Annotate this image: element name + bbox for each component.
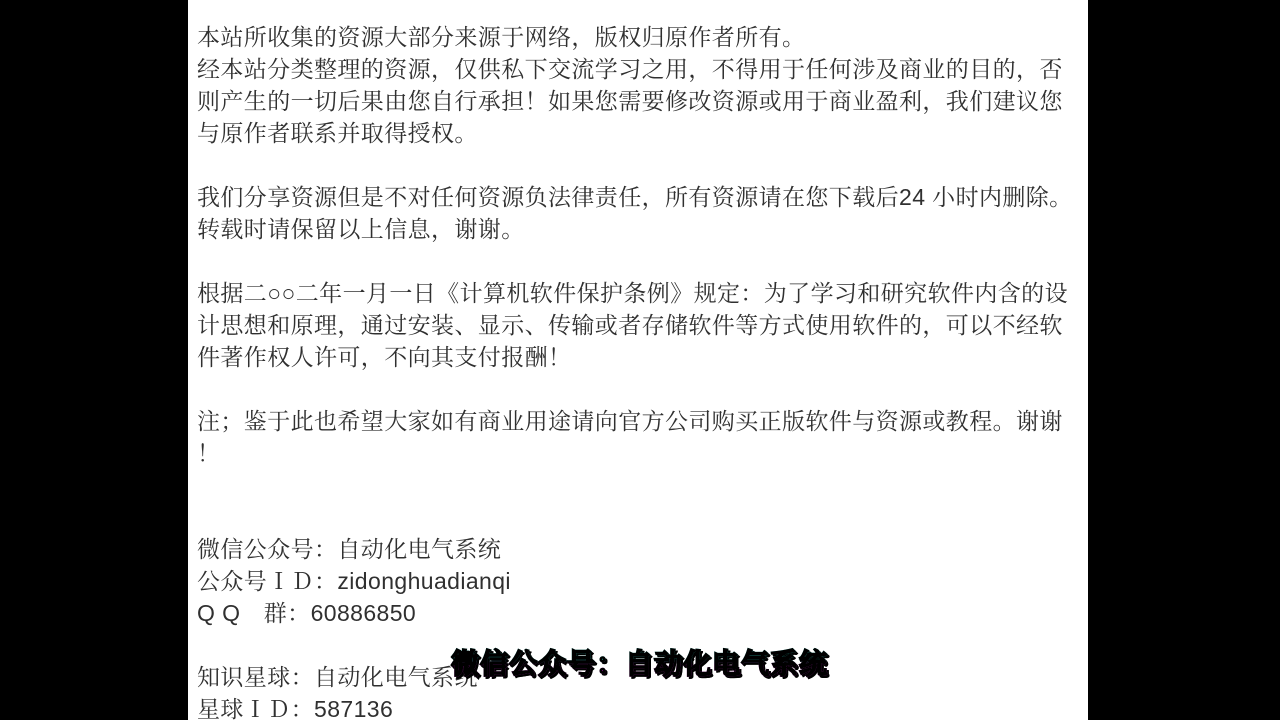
paragraph-copyright: 本站所收集的资源大部分来源于网络，版权归原作者所有。 经本站分类整理的资源，仅供… — [197, 21, 1088, 149]
text-line: 与原作者联系并取得授权。 — [197, 117, 1088, 149]
paragraph-disclaimer: 我们分享资源但是不对任何资源负法律责任，所有资源请在您下载后24 小时内删除。 … — [197, 181, 1088, 245]
text-line: 注；鉴于此也希望大家如有商业用途请向官方公司购买正版软件与资源或教程。谢谢 — [197, 405, 1088, 437]
wechat-account-line: 微信公众号：自动化电气系统 — [197, 533, 1088, 565]
text-line: 计思想和原理，通过安装、显示、传输或者存储软件等方式使用软件的，可以不经软 — [197, 309, 1088, 341]
paragraph-regulation: 根据二○○二年一月一日《计算机软件保护条例》规定：为了学习和研究软件内含的设 计… — [197, 277, 1088, 373]
document-area: 本站所收集的资源大部分来源于网络，版权归原作者所有。 经本站分类整理的资源，仅供… — [188, 0, 1088, 720]
text-line: ！ — [197, 437, 1088, 469]
paragraph-wechat-contact: 微信公众号：自动化电气系统 公众号ＩＤ：zidonghuadianqi Q Q … — [197, 533, 1088, 629]
text-line: 经本站分类整理的资源，仅供私下交流学习之用，不得用于任何涉及商业的目的，否 — [197, 53, 1088, 85]
wechat-id-line: 公众号ＩＤ：zidonghuadianqi — [197, 565, 1088, 597]
video-frame: 本站所收集的资源大部分来源于网络，版权归原作者所有。 经本站分类整理的资源，仅供… — [0, 0, 1280, 720]
text-line: 则产生的一切后果由您自行承担！如果您需要修改资源或用于商业盈利，我们建议您 — [197, 85, 1088, 117]
text-line: 转载时请保留以上信息，谢谢。 — [197, 213, 1088, 245]
text-line: 本站所收集的资源大部分来源于网络，版权归原作者所有。 — [197, 21, 1088, 53]
text-line: 件著作权人许可，不向其支付报酬！ — [197, 341, 1088, 373]
text-line: 根据二○○二年一月一日《计算机软件保护条例》规定：为了学习和研究软件内含的设 — [197, 277, 1088, 309]
text-line: 我们分享资源但是不对任何资源负法律责任，所有资源请在您下载后24 小时内删除。 — [197, 181, 1088, 213]
paragraph-note: 注；鉴于此也希望大家如有商业用途请向官方公司购买正版软件与资源或教程。谢谢 ！ — [197, 405, 1088, 469]
planet-id-line: 星球ＩＤ：587136 — [197, 693, 1088, 720]
watermark-text: 微信公众号：自动化电气系统 — [451, 642, 828, 682]
right-black-bar — [1088, 0, 1280, 720]
left-black-bar — [0, 0, 188, 720]
qq-group-line: Q Q 群：60886850 — [197, 597, 1088, 629]
